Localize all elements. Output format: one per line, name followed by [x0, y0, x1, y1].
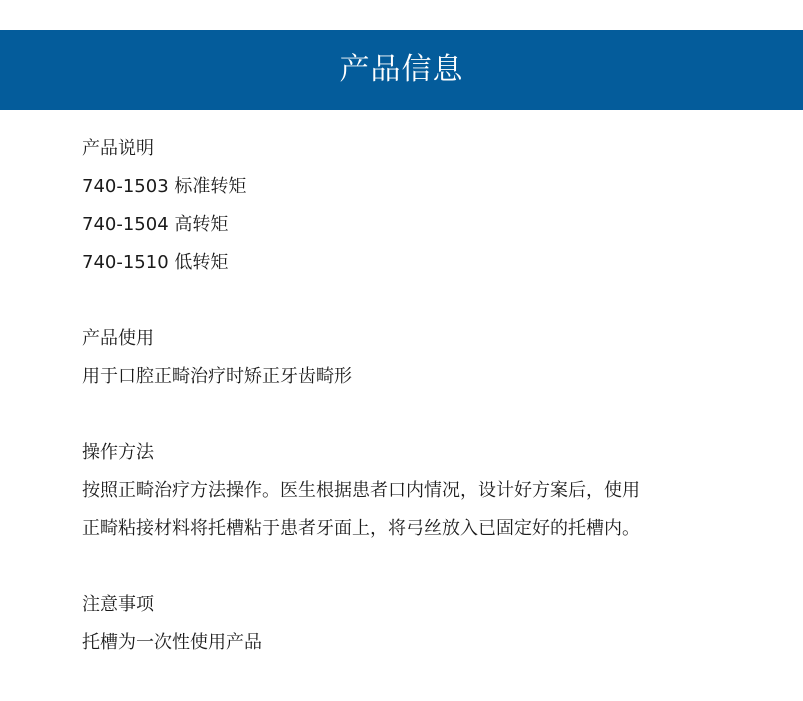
- description-line: 740-1510 低转矩: [82, 252, 228, 274]
- section-heading-precautions: 注意事项: [82, 594, 154, 616]
- operation-line: 正畸粘接材料将托槽粘于患者牙面上，将弓丝放入已固定好的托槽内。: [82, 518, 640, 540]
- section-heading-usage: 产品使用: [82, 328, 154, 350]
- header-banner: 产品信息: [0, 30, 803, 110]
- operation-line: 按照正畸治疗方法操作。医生根据患者口内情况，设计好方案后，使用: [82, 480, 640, 502]
- section-heading-operation: 操作方法: [82, 442, 154, 464]
- usage-line: 用于口腔正畸治疗时矫正牙齿畸形: [82, 366, 352, 388]
- description-line: 740-1504 高转矩: [82, 214, 228, 236]
- section-heading-description: 产品说明: [82, 138, 154, 160]
- page-title: 产品信息: [340, 55, 464, 85]
- precautions-line: 托槽为一次性使用产品: [82, 632, 262, 654]
- description-line: 740-1503 标准转矩: [82, 176, 246, 198]
